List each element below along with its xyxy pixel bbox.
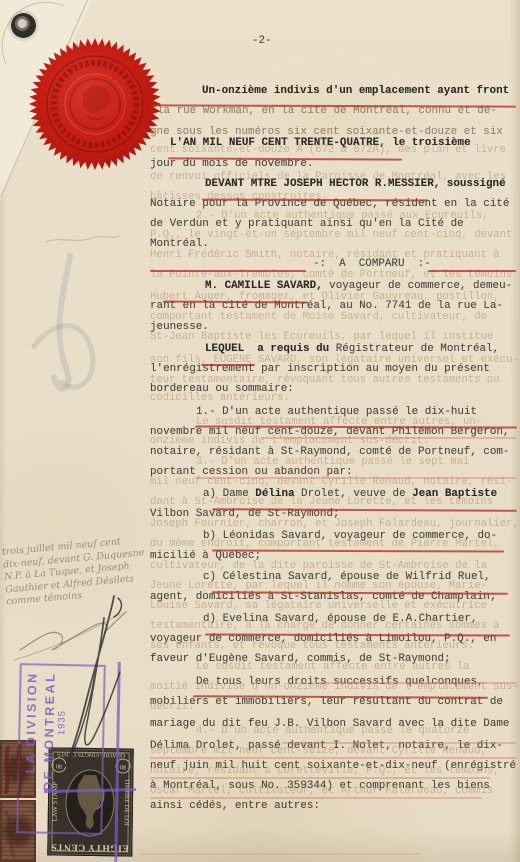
ghost-line: septembre mil neuf cent-seize, devant Cy…: [150, 745, 487, 757]
typed-line: ainsi cédés, entre autres:: [150, 800, 320, 812]
ghost-line: P.Q., le vingt-et-un septembre mil neuf …: [150, 229, 512, 241]
ghost-line: du même endroit, comportant testament de…: [150, 538, 500, 550]
ghost-red-line: [196, 477, 516, 479]
ghost-line: 3.- D'un acte authentique passé le sept …: [196, 456, 469, 468]
registration-stamp-year: 1935: [56, 710, 68, 735]
margin-note-handwriting: trois juillet mil neuf centdix-neuf, dev…: [2, 533, 159, 609]
ghost-line: Joseph Fournier, charron, et Joseph Fala…: [150, 518, 519, 530]
typed-line: jour du mois de novembre.: [150, 158, 313, 170]
ghost-red-line: [282, 742, 516, 744]
pencil-signature: [14, 612, 126, 660]
ghost-line: Oscar Martel, cultivateur, et Arthur Fal…: [150, 785, 493, 797]
registration-stamp: LA DIVISION DE MONTREAL 1935: [16, 663, 106, 835]
ghost-red-line: [150, 777, 490, 779]
ghost-red-line: [140, 853, 420, 855]
ghost-line: codicilles antérieurs.: [150, 392, 290, 404]
ghost-line: Henri Frédéric Smith, notaire, résidant …: [150, 249, 500, 261]
ghost-line: dant à St-Ambroise de la Jeune Lorette, …: [150, 496, 493, 508]
red-underline: [150, 270, 306, 272]
typed-line: -2-: [252, 35, 272, 47]
ghost-line: de renvoi officiels de la Paroisse de Mo…: [150, 171, 506, 183]
red-underline: [428, 270, 516, 272]
document-page: -2-Un-onzième indivis d'un emplacement a…: [0, 0, 520, 862]
ghost-line: testamentaire, à la charge de donner cer…: [150, 620, 500, 632]
ghost-line: comportant testament de Moïse Savard, cu…: [150, 311, 487, 323]
ghost-line: décrit.: [150, 701, 195, 713]
ghost-line: notaire, résidant à Loretteville, P.Q., …: [150, 765, 500, 777]
ghost-line: Jeune Lorette, par lequel il nomme son é…: [150, 580, 487, 592]
ghost-line: 2.- D'un acte authentique passé aux Ecur…: [196, 210, 488, 222]
ghost-line: teur testamentaire, révoquant tous autre…: [150, 374, 500, 386]
ghost-line: Le susdit testament affecte entre autres…: [196, 661, 469, 673]
ghost-red-line: [262, 437, 516, 439]
ghost-line: cent soixante-et-douze A (672 & 672A), d…: [150, 144, 506, 156]
ghost-red-line: [150, 797, 482, 799]
ghost-red-line: [150, 757, 516, 759]
ghost-line: Louise Savard, sa légataire universelle …: [150, 600, 487, 612]
registration-stamp-line2: DE MONTREAL: [41, 672, 57, 791]
ghost-signature-strokes: [34, 236, 120, 389]
notary-wax-seal: [25, 34, 165, 174]
law-stamp-denom-en: EIGHTY CENTS: [48, 841, 131, 852]
ghost-line: St-Jean Baptiste les Ecureuils, par lequ…: [150, 331, 493, 343]
law-stamp-label-fr: TIMBRE DE LOI: [118, 763, 130, 841]
ghost-line: 4.- D'un acte authentique passé le quato…: [196, 725, 469, 737]
registration-stamp-line1: LA DIVISION: [23, 671, 39, 773]
ghost-line: ses enfants, et révoque tous testaments …: [150, 640, 474, 652]
ghost-line: cultivateur, de la dite paroisse de St-A…: [150, 560, 487, 572]
ghost-line: bâtisses dessus construites.: [150, 191, 328, 203]
ghost-red-line: [318, 682, 516, 684]
typed-line: Un-onzième indivis d'un emplacement ayan…: [202, 85, 509, 97]
red-underline: [201, 364, 255, 366]
